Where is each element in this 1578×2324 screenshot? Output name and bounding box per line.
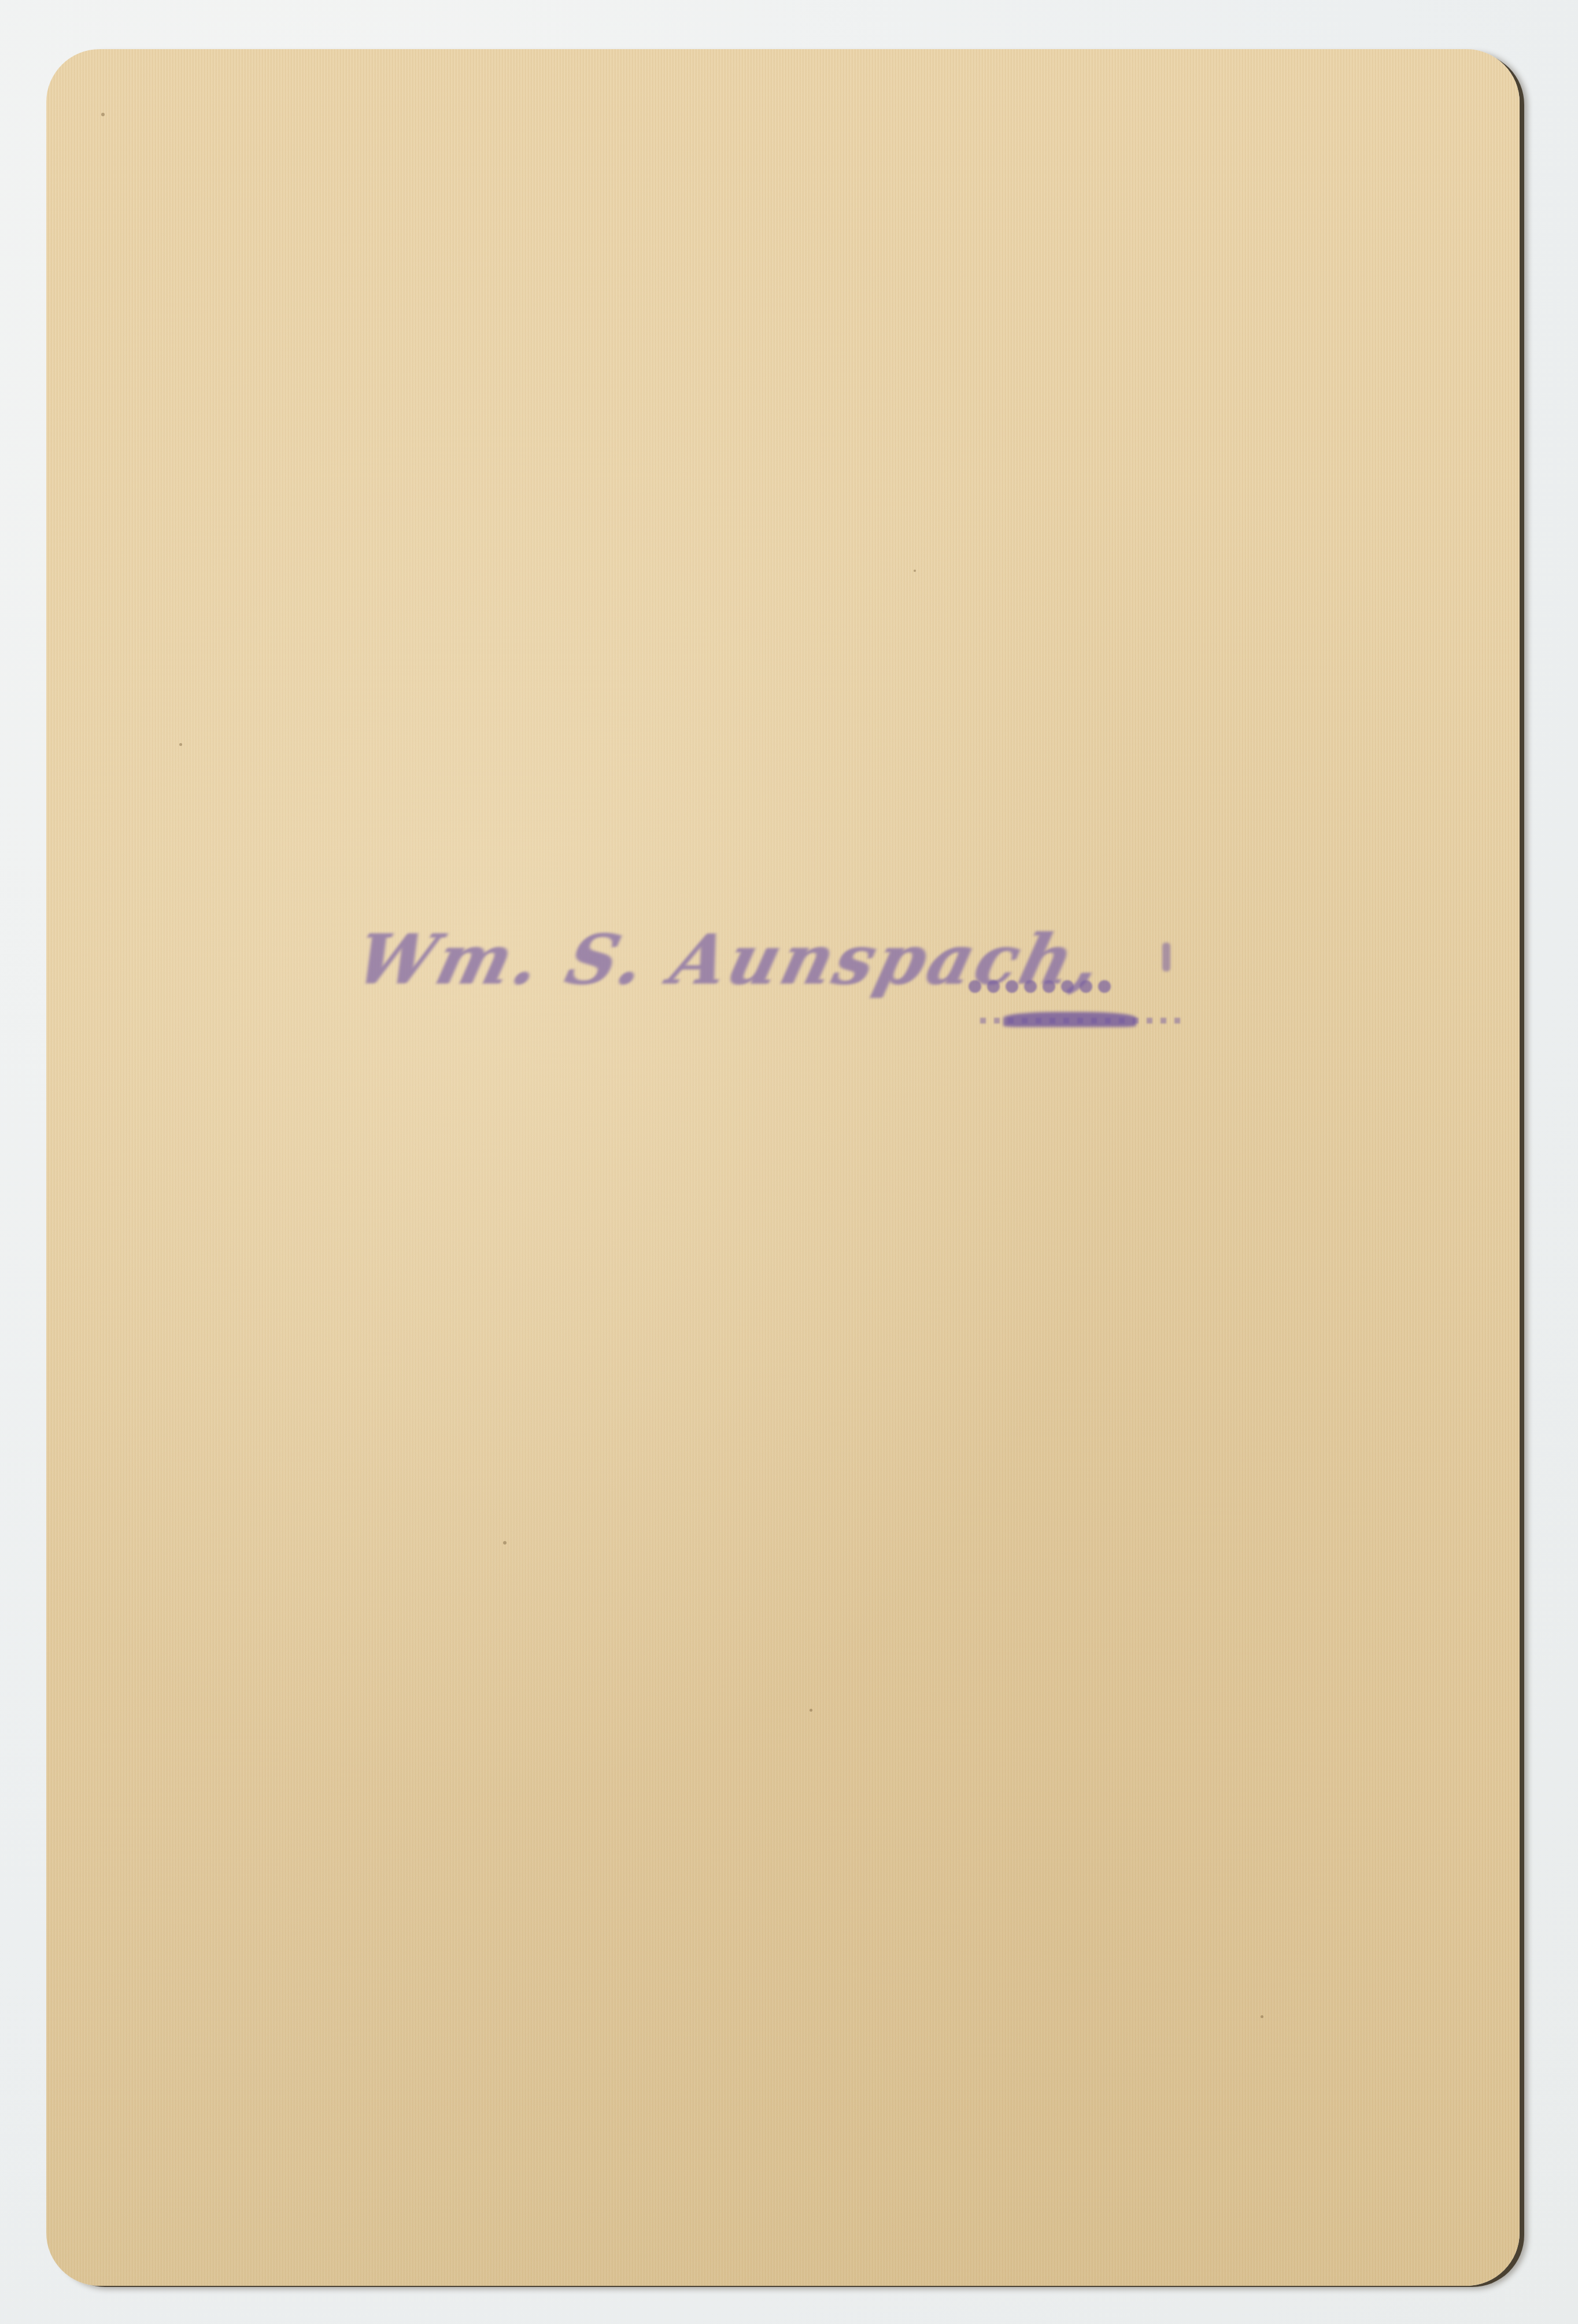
paper-speck [810,1709,812,1712]
paper-speck [1261,2015,1263,2018]
cabinet-card-back [46,49,1520,2286]
paper-speck [101,113,105,116]
paper-speck [914,570,916,572]
stamp-trailing-dots [969,980,1111,993]
stamp-tick-mark [1162,943,1170,971]
photographer-stamp: Wm. S. Aunspach, [347,902,1174,1029]
paper-speck [179,743,182,746]
stamp-underline-flourish [1003,1012,1136,1027]
paper-speck [503,1541,507,1545]
